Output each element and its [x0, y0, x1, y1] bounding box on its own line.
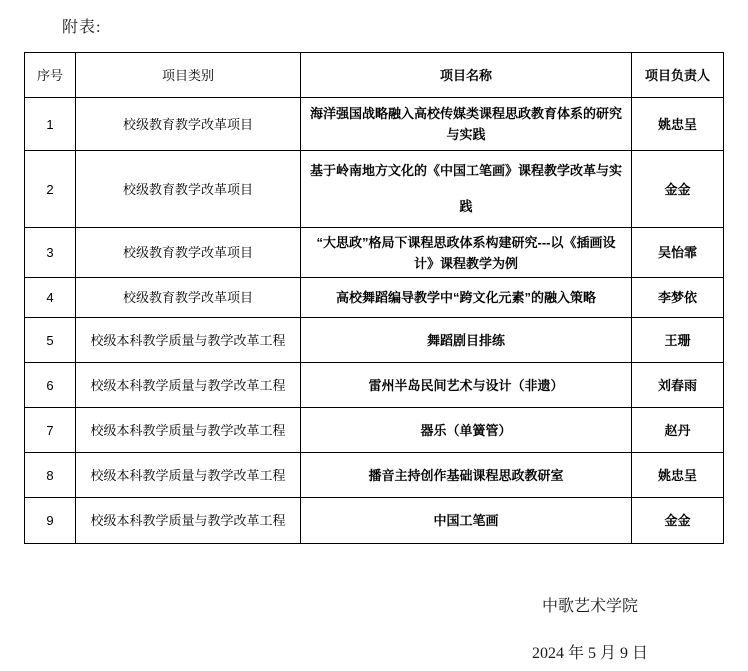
cell-project-name: 海洋强国战略融入高校传媒类课程思政教育体系的研究与实践 [301, 98, 632, 151]
table-row: 8 校级本科教学质量与教学改革工程 播音主持创作基础课程思政教研室 姚忠呈 [25, 453, 724, 498]
cell-project-name: 中国工笔画 [301, 498, 632, 544]
column-header-category: 项目类别 [76, 53, 301, 98]
cell-project-name: “大思政”格局下课程思政体系构建研究---以《插画设计》课程教学为例 [301, 228, 632, 278]
table-row: 2 校级教育教学改革项目 基于岭南地方文化的《中国工笔画》课程教学改革与实践 金… [25, 151, 724, 228]
footer-date: 2024 年 5 月 9 日 [470, 640, 710, 663]
cell-leader: 王珊 [632, 318, 724, 363]
cell-category: 校级本科教学质量与教学改革工程 [76, 408, 301, 453]
cell-category: 校级本科教学质量与教学改革工程 [76, 363, 301, 408]
column-header-project-name: 项目名称 [301, 53, 632, 98]
column-header-serial: 序号 [25, 53, 76, 98]
cell-serial: 4 [25, 278, 76, 318]
column-header-leader: 项目负责人 [632, 53, 724, 98]
table-header-row: 序号 项目类别 项目名称 项目负责人 [25, 53, 724, 98]
cell-serial: 7 [25, 408, 76, 453]
cell-serial: 1 [25, 98, 76, 151]
cell-serial: 6 [25, 363, 76, 408]
cell-leader: 姚忠呈 [632, 98, 724, 151]
cell-leader: 赵丹 [632, 408, 724, 453]
cell-leader: 姚忠呈 [632, 453, 724, 498]
cell-category: 校级教育教学改革项目 [76, 228, 301, 278]
cell-leader: 金金 [632, 498, 724, 544]
document-page: 附表: 序号 项目类别 项目名称 项目负责人 1 校级教育教学改革项目 海洋强国… [0, 0, 748, 671]
page-title: 附表: [62, 14, 101, 37]
footer-organization: 中歌艺术学院 [470, 593, 710, 616]
cell-leader: 刘春雨 [632, 363, 724, 408]
table-row: 5 校级本科教学质量与教学改革工程 舞蹈剧目排练 王珊 [25, 318, 724, 363]
table-body: 1 校级教育教学改革项目 海洋强国战略融入高校传媒类课程思政教育体系的研究与实践… [25, 98, 724, 544]
cell-category: 校级教育教学改革项目 [76, 151, 301, 228]
table-row: 9 校级本科教学质量与教学改革工程 中国工笔画 金金 [25, 498, 724, 544]
cell-project-name: 器乐（单簧管） [301, 408, 632, 453]
cell-project-name: 基于岭南地方文化的《中国工笔画》课程教学改革与实践 [301, 151, 632, 228]
cell-serial: 8 [25, 453, 76, 498]
cell-category: 校级本科教学质量与教学改革工程 [76, 453, 301, 498]
cell-project-name: 舞蹈剧目排练 [301, 318, 632, 363]
table-row: 3 校级教育教学改革项目 “大思政”格局下课程思政体系构建研究---以《插画设计… [25, 228, 724, 278]
table-row: 6 校级本科教学质量与教学改革工程 雷州半岛民间艺术与设计（非遗） 刘春雨 [25, 363, 724, 408]
cell-project-name: 高校舞蹈编导教学中“跨文化元素”的融入策略 [301, 278, 632, 318]
cell-serial: 9 [25, 498, 76, 544]
cell-serial: 2 [25, 151, 76, 228]
cell-leader: 金金 [632, 151, 724, 228]
cell-serial: 3 [25, 228, 76, 278]
table-row: 4 校级教育教学改革项目 高校舞蹈编导教学中“跨文化元素”的融入策略 李梦依 [25, 278, 724, 318]
table-row: 1 校级教育教学改革项目 海洋强国战略融入高校传媒类课程思政教育体系的研究与实践… [25, 98, 724, 151]
cell-serial: 5 [25, 318, 76, 363]
cell-category: 校级本科教学质量与教学改革工程 [76, 318, 301, 363]
cell-project-name: 雷州半岛民间艺术与设计（非遗） [301, 363, 632, 408]
cell-category: 校级教育教学改革项目 [76, 98, 301, 151]
project-table: 序号 项目类别 项目名称 项目负责人 1 校级教育教学改革项目 海洋强国战略融入… [24, 52, 724, 544]
cell-project-name: 播音主持创作基础课程思政教研室 [301, 453, 632, 498]
cell-leader: 吴怡霏 [632, 228, 724, 278]
table-row: 7 校级本科教学质量与教学改革工程 器乐（单簧管） 赵丹 [25, 408, 724, 453]
cell-category: 校级本科教学质量与教学改革工程 [76, 498, 301, 544]
cell-leader: 李梦依 [632, 278, 724, 318]
cell-category: 校级教育教学改革项目 [76, 278, 301, 318]
